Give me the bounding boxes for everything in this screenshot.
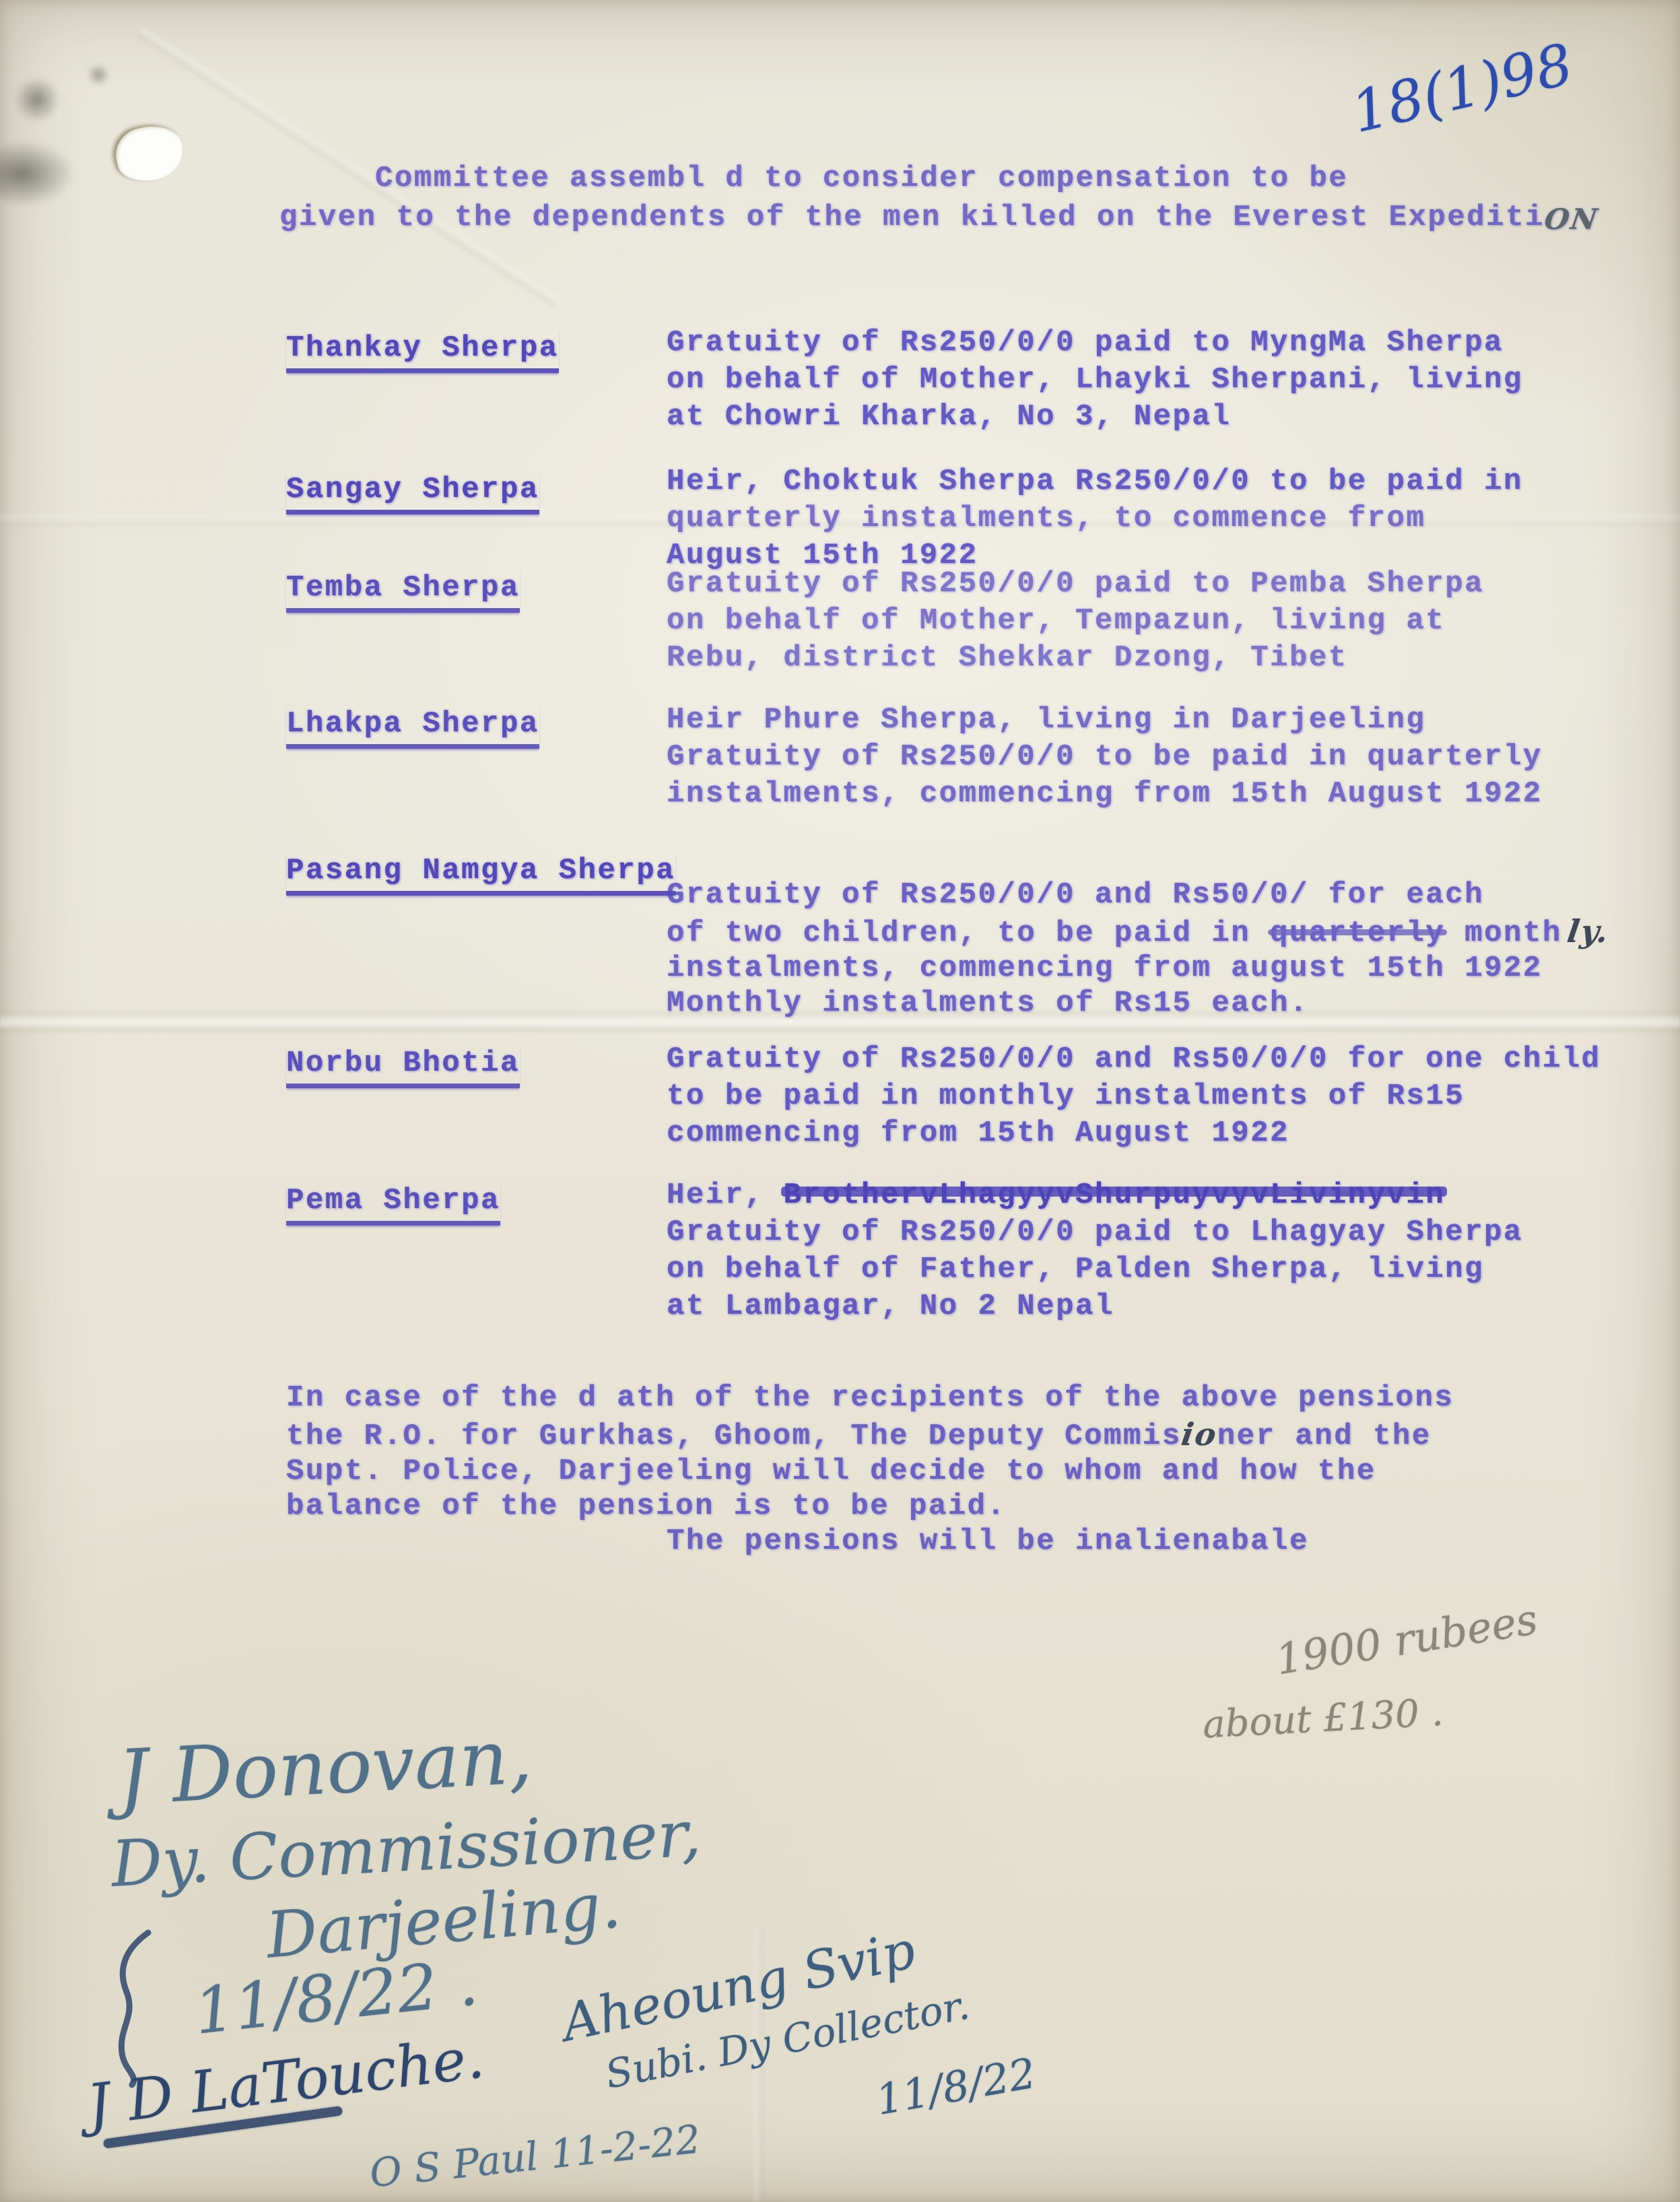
desc-line: on behalf of Mother, Tempazun, living at xyxy=(667,603,1484,640)
desc-line: to be paid in monthly instalments of Rs1… xyxy=(667,1078,1601,1115)
desc-line: Rebu, district Shekkar Dzong, Tibet xyxy=(667,640,1484,677)
desc-line-with-correction: of two children, to be paid in quarterly… xyxy=(667,912,1604,951)
signature-right-date: 11/8/22 xyxy=(872,2048,1039,2125)
desc-line: Heir, Choktuk Sherpa Rs250/0/0 to be pai… xyxy=(667,463,1523,500)
desc-line: Monthly instalments of Rs15 each. xyxy=(667,986,1604,1021)
desc-line: Gratuity of Rs250/0/0 and Rs50/0/0 for o… xyxy=(667,1041,1601,1078)
desc-line: instalments, commencing from august 15th… xyxy=(667,951,1604,986)
entry-name-pema: Pema Sherpa xyxy=(286,1182,500,1226)
entry-name-temba: Temba Sherpa xyxy=(286,570,520,613)
closing-line: Supt. Police, Darjeeling will decide to … xyxy=(286,1454,1454,1489)
desc-line: at Lambagar, No 2 Nepal xyxy=(667,1288,1523,1325)
document-title-line1: Committee assembl d to consider compensa… xyxy=(375,160,1348,197)
desc-segment: of two children, to be paid in xyxy=(667,916,1270,950)
title-handwritten-suffix: ON xyxy=(1542,201,1601,238)
desc-segment: Heir, xyxy=(667,1178,783,1212)
handwritten-correction-ly: ly. xyxy=(1565,914,1612,949)
entry-desc-sangay: Heir, Choktuk Sherpa Rs250/0/0 to be pai… xyxy=(667,463,1523,574)
paper-torn-hole xyxy=(111,120,188,187)
struck-out-text: BrothervLhagyyvShurpuyvyvLivinyvin xyxy=(783,1177,1445,1214)
ink-smudge xyxy=(0,140,76,207)
desc-line: Gratuity of Rs250/0/0 and Rs50/0/ for ea… xyxy=(667,877,1604,912)
title-line2-typed: given to the dependents of the men kille… xyxy=(279,201,1545,234)
scanned-document-page: 18(1)98 Committee assembl d to consider … xyxy=(0,0,1680,2202)
entry-desc-thankay: Gratuity of Rs250/0/0 paid to MyngMa She… xyxy=(667,325,1523,436)
desc-line: quarterly instalments, to commence from xyxy=(667,500,1523,537)
entry-name-norbu: Norbu Bhotia xyxy=(286,1045,520,1088)
desc-line: on behalf of Mother, Lhayki Sherpani, li… xyxy=(667,362,1523,399)
desc-line: instalments, commencing from 15th August… xyxy=(667,776,1543,813)
closing-line: In case of the d ath of the recipients o… xyxy=(286,1380,1454,1415)
struck-out-word: quarterly xyxy=(1270,916,1445,951)
desc-line: Gratuity of Rs250/0/0 to be paid in quar… xyxy=(667,739,1543,776)
desc-line: Gratuity of Rs250/0/0 paid to Pemba Sher… xyxy=(667,566,1484,603)
signature-note-paul: O S Paul 11-2-22 xyxy=(368,2116,703,2196)
desc-line: on behalf of Father, Palden Sherpa, livi… xyxy=(667,1251,1523,1288)
archive-reference-number: 18(1)98 xyxy=(1345,31,1578,145)
closing-segment: ner and the xyxy=(1217,1420,1432,1453)
document-title-line2: given to the dependents of the men kille… xyxy=(279,197,1599,236)
ink-smudge xyxy=(13,75,61,124)
desc-line: Heir Phure Sherpa, living in Darjeeling xyxy=(667,702,1543,739)
desc-segment: month xyxy=(1445,916,1561,950)
pencil-note-rupees: 1900 rubees xyxy=(1273,1595,1541,1684)
entry-desc-pasang: Gratuity of Rs250/0/0 and Rs50/0/ for ea… xyxy=(667,877,1604,1021)
closing-line: balance of the pension is to be paid. xyxy=(286,1489,1454,1524)
pencil-note-pounds: about £130 . xyxy=(1202,1691,1444,1747)
desc-line: Gratuity of Rs250/0/0 paid to Lhagyay Sh… xyxy=(667,1214,1523,1251)
closing-line-with-correction: the R.O. for Gurkhas, Ghoom, The Deputy … xyxy=(286,1415,1454,1454)
entry-desc-temba: Gratuity of Rs250/0/0 paid to Pemba Sher… xyxy=(667,566,1484,677)
desc-line: commencing from 15th August 1922 xyxy=(667,1115,1601,1152)
entry-desc-lhakpa: Heir Phure Sherpa, living in Darjeeling … xyxy=(667,702,1543,813)
closing-segment: the R.O. for Gurkhas, Ghoom, The Deputy … xyxy=(286,1420,1182,1453)
signature-donovan: J Donovan, xyxy=(116,1713,534,1822)
desc-line: at Chowri Kharka, No 3, Nepal xyxy=(667,399,1523,436)
closing-line-indented: The pensions will be inalienabale xyxy=(286,1524,1454,1559)
entry-name-sangay: Sangay Sherpa xyxy=(286,471,539,514)
entry-desc-pema: Heir, BrothervLhagyyvShurpuyvyvLivinyvin… xyxy=(667,1177,1523,1325)
entry-name-thankay: Thankay Sherpa xyxy=(286,330,559,373)
handwritten-correction-io: io xyxy=(1179,1417,1219,1452)
desc-line: Gratuity of Rs250/0/0 paid to MyngMa She… xyxy=(667,325,1523,362)
closing-paragraph: In case of the d ath of the recipients o… xyxy=(286,1380,1454,1559)
ink-smudge xyxy=(86,65,110,85)
entry-desc-norbu: Gratuity of Rs250/0/0 and Rs50/0/0 for o… xyxy=(667,1041,1601,1152)
desc-line-with-strikeout: Heir, BrothervLhagyyvShurpuyvyvLivinyvin xyxy=(667,1177,1523,1214)
entry-name-pasang: Pasang Namgya Sherpa xyxy=(286,853,675,896)
entry-name-lhakpa: Lhakpa Sherpa xyxy=(286,706,539,749)
